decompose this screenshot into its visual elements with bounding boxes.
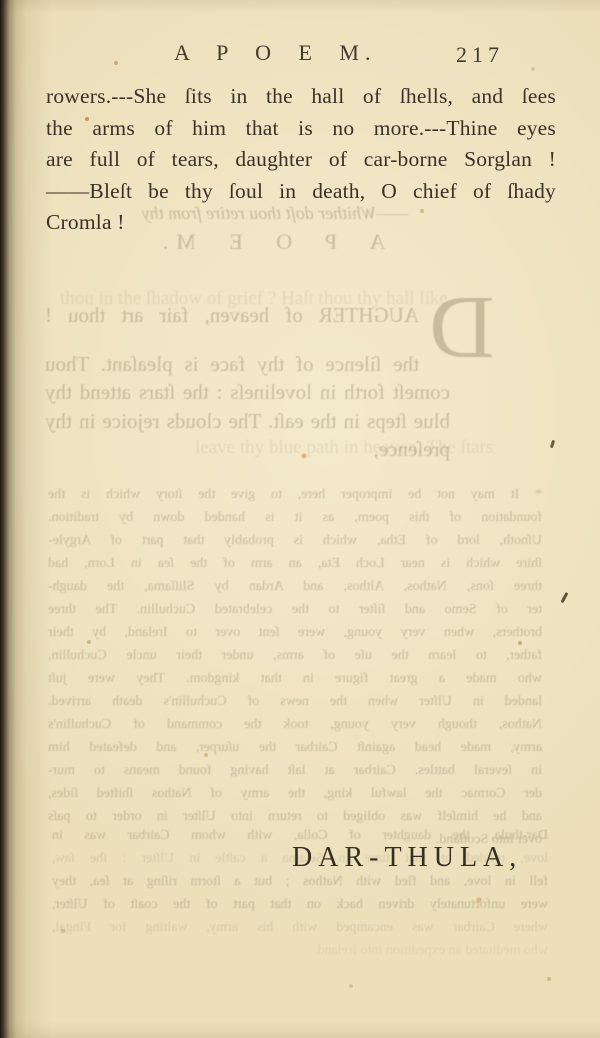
- body-line: the arms of him that is no more.---Thine…: [46, 113, 556, 145]
- book-page-scan: ——Whither doſt thou retire from thy A P …: [0, 0, 600, 1038]
- body-line: are full of tears, daughter of car-borne…: [46, 144, 556, 176]
- printed-text-layer: A P O E M. 217 rowers.---She ſits in the…: [0, 0, 600, 1038]
- body-line: Cromla !: [46, 207, 556, 239]
- body-paragraph: rowers.---She ſits in the hall of ſhells…: [46, 81, 556, 239]
- paper-specks: [0, 0, 2, 2]
- page-number: 217: [456, 42, 504, 68]
- running-head-title: A P O E M.: [174, 40, 376, 66]
- body-line: rowers.---She ſits in the hall of ſhells…: [46, 81, 556, 113]
- catchword-title: DAR-THULA,: [292, 842, 522, 874]
- body-line: ——Bleſt be thy ſoul in death, O chief of…: [46, 176, 556, 208]
